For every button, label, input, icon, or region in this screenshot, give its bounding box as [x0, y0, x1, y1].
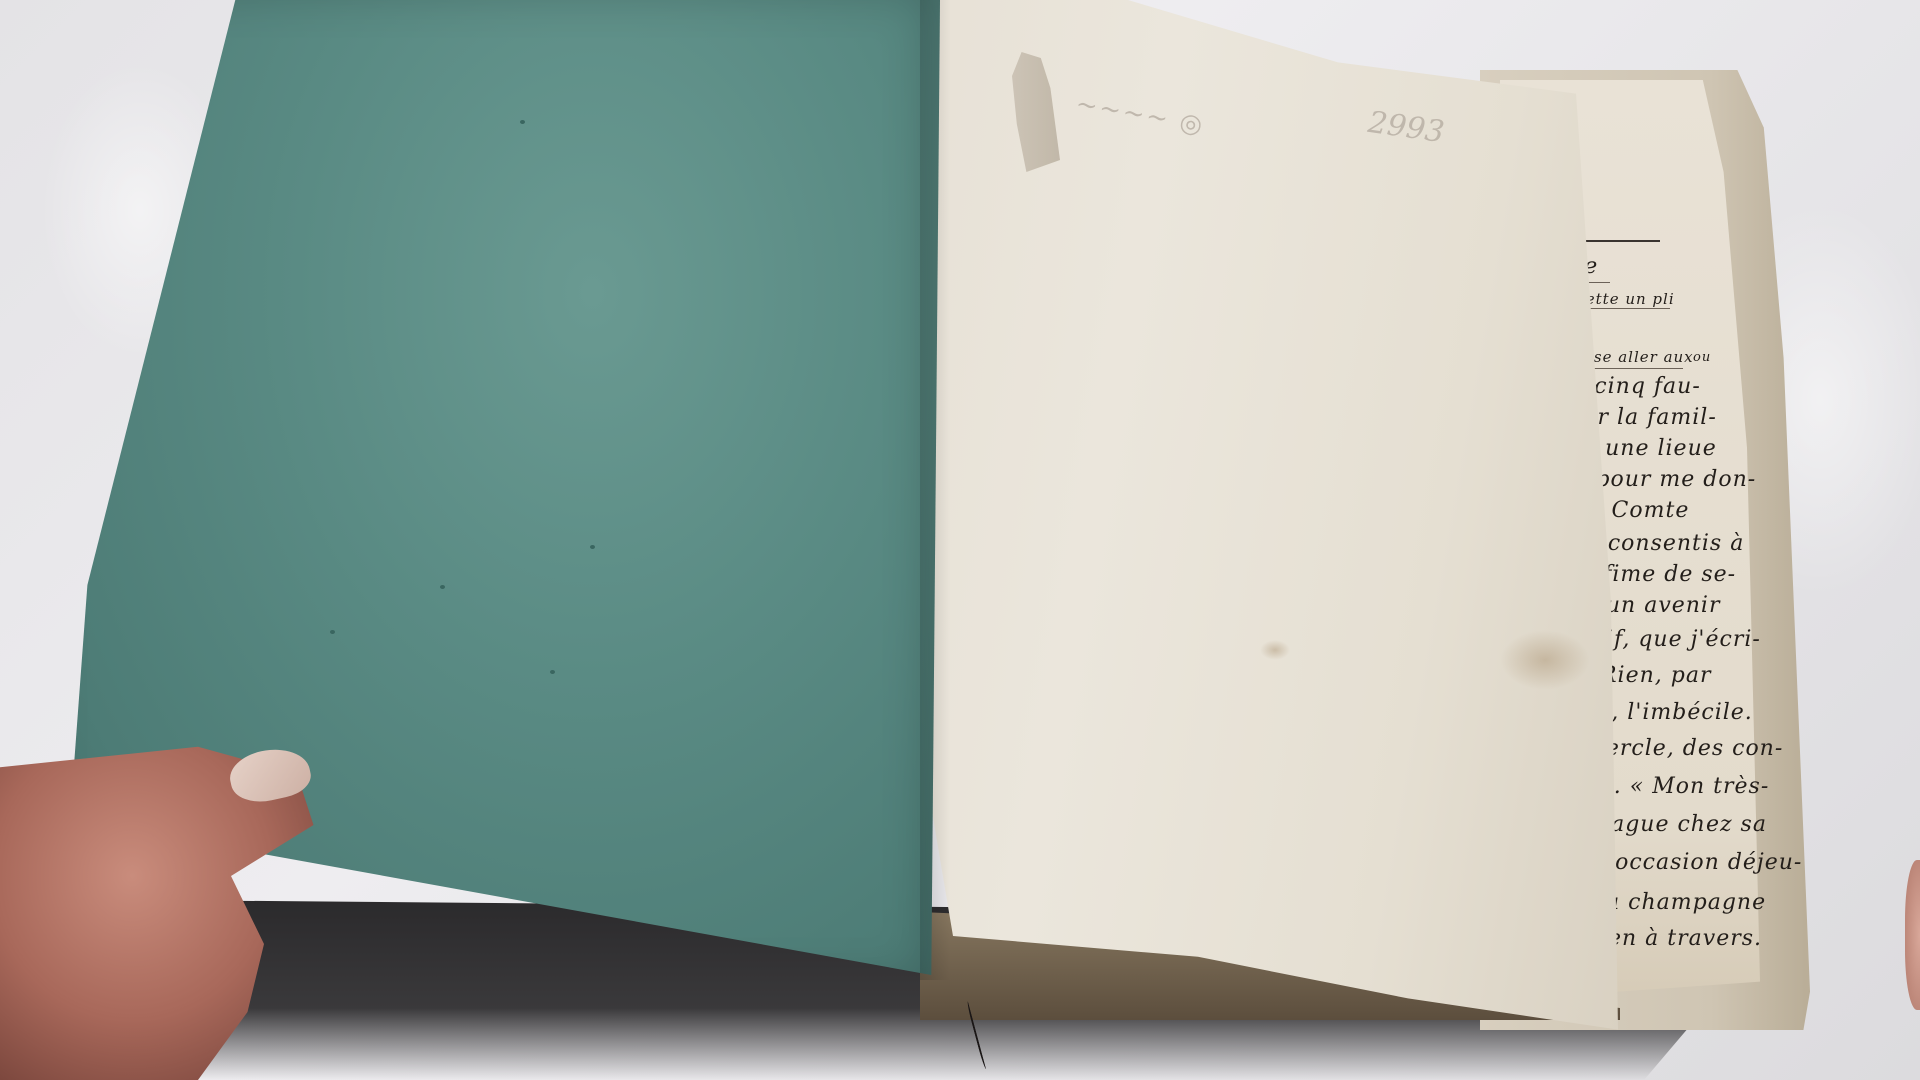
right-fingertip	[1905, 860, 1920, 1010]
side-note: ou	[1693, 350, 1711, 365]
spine-shadow	[920, 0, 950, 980]
speck	[330, 630, 335, 634]
speck	[590, 545, 595, 549]
handwritten-line: u champagne	[1605, 890, 1766, 915]
speck	[550, 670, 555, 674]
photo-scene: l. zette e on jette un pli e laisse alle…	[0, 0, 1920, 1080]
handwritten-line: l'occasion déjeu-	[1600, 850, 1802, 875]
foxing-stain	[1500, 630, 1590, 690]
foxing-stain	[1260, 640, 1290, 660]
speck	[520, 120, 525, 124]
handwritten-line: Cercle, des con-	[1588, 736, 1783, 761]
speck	[440, 585, 445, 589]
handwritten-line: pague chez sa	[1596, 812, 1767, 837]
handwritten-line: rs. « Mon très-	[1590, 774, 1769, 799]
blank-flyleaf[interactable]	[918, 0, 1618, 1040]
handwritten-line: en à travers.	[1608, 926, 1762, 951]
